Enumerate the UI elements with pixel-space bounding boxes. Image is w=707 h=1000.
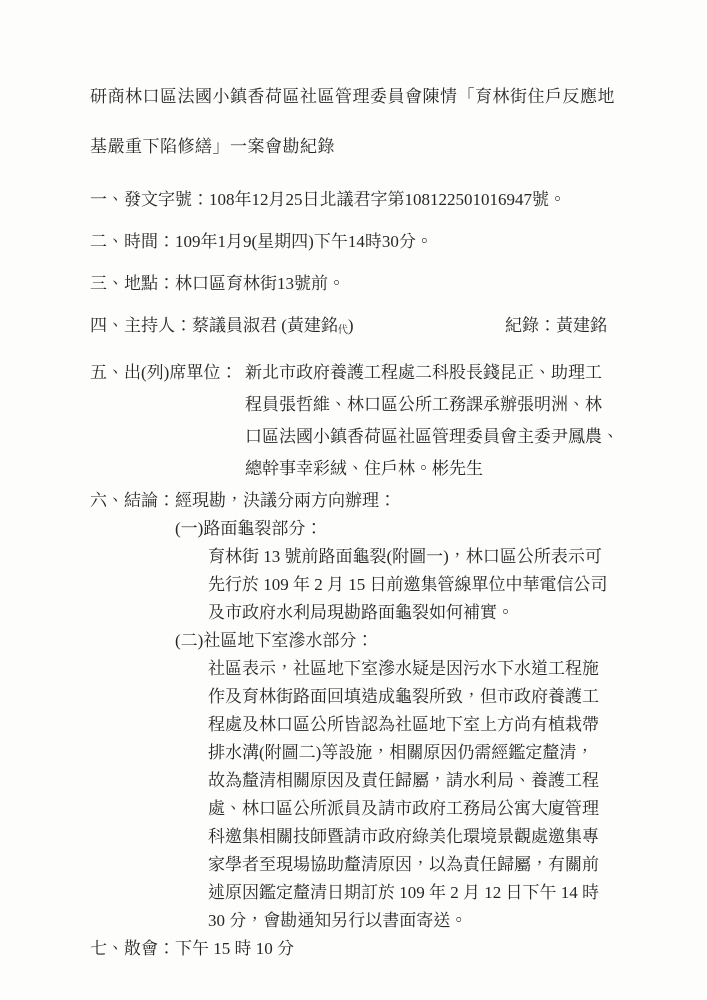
title-line-2: 基嚴重下陷修繕」一案會勘紀錄 xyxy=(90,122,635,172)
conclusion-part2-line: 30 分，會勘通知另行以書面寄送。 xyxy=(90,907,635,935)
attendees-line: 程員張哲維、林口區公所工務課承辦張明洲、林 xyxy=(245,389,619,421)
attendees-label: 五、出(列)席單位： xyxy=(90,357,245,485)
scanned-meeting-record-page: 研商林口區法國小鎮香荷區社區管理委員會陳情「育林街住戶反應地 基嚴重下陷修繕」一… xyxy=(0,0,707,1000)
item-moderator: 四、主持人：蔡議員淑君 (黃建銘代) 紀錄：黃建銘 xyxy=(90,311,635,346)
deputy-attendance-mark: 代 xyxy=(338,325,348,336)
attendees-line: 總幹事幸彩絨、住戶林。彬先生 xyxy=(245,453,619,485)
conclusion-part1-heading: (一)路面龜裂部分： xyxy=(90,515,635,543)
conclusion-part2-line: 家學者至現場協助釐清原因，以為責任歸屬，有關前 xyxy=(90,851,635,879)
conclusion-part2-line: 程處及林口區公所皆認為社區地下室上方尚有植栽帶 xyxy=(90,711,635,739)
document-title: 研商林口區法國小鎮香荷區社區管理委員會陳情「育林街住戶反應地 基嚴重下陷修繕」一… xyxy=(90,72,635,172)
attendees-line: 口區法國小鎮香荷區社區管理委員會主委尹鳳農、 xyxy=(245,421,619,453)
conclusion-part2-line: 故為釐清相關原因及責任歸屬，請水利局、養護工程 xyxy=(90,767,635,795)
conclusion-part2-line: 處、林口區公所派員及請市政府工務局公寓大廈管理 xyxy=(90,795,635,823)
item-attendees: 五、出(列)席單位： 新北市政府養護工程處二科股長錢昆正、助理工 程員張哲維、林… xyxy=(90,357,635,485)
conclusion-part1-line: 及市政府水利局現勘路面龜裂如何補實。 xyxy=(90,599,635,627)
item-meeting-time: 二、時間：109年1月9(星期四)下午14時30分。 xyxy=(90,227,635,257)
item-doc-number: 一、發文字號：108年12月25日北議君字第108122501016947號。 xyxy=(90,185,635,215)
item-conclusion: 六、結論：經現勘，決議分兩方向辦理： (一)路面龜裂部分： 育林街 13 號前路… xyxy=(90,487,635,935)
document-body: 研商林口區法國小鎮香荷區社區管理委員會陳情「育林街住戶反應地 基嚴重下陷修繕」一… xyxy=(90,72,635,963)
attendees-row: 五、出(列)席單位： 新北市政府養護工程處二科股長錢昆正、助理工 程員張哲維、林… xyxy=(90,357,635,485)
title-line-1: 研商林口區法國小鎮香荷區社區管理委員會陳情「育林街住戶反應地 xyxy=(90,72,635,122)
conclusion-part2-line: 排水溝(附圖二)等設施，相關原因仍需經鑑定釐清， xyxy=(90,739,635,767)
conclusion-part2-line: 作及育林街路面回填造成龜裂所致，但市政府養護工 xyxy=(90,683,635,711)
attendees-line: 新北市政府養護工程處二科股長錢昆正、助理工 xyxy=(245,357,619,389)
conclusion-heading: 六、結論：經現勘，決議分兩方向辦理： xyxy=(90,487,635,515)
conclusion-part2-line: 述原因鑑定釐清日期訂於 109 年 2 月 12 日下午 14 時 xyxy=(90,879,635,907)
item-meeting-location: 三、地點：林口區育林街13號前。 xyxy=(90,269,635,299)
moderator-close-paren: ) xyxy=(348,316,354,335)
conclusion-part1-line: 先行於 109 年 2 月 15 日前邀集管線單位中華電信公司 xyxy=(90,571,635,599)
item-adjourn: 七、散會：下午 15 時 10 分 xyxy=(90,935,635,963)
moderator-text: 四、主持人：蔡議員淑君 (黃建銘 xyxy=(90,316,338,335)
conclusion-part2-line: 科邀集相關技師暨請市政府綠美化環境景觀處邀集專 xyxy=(90,823,635,851)
conclusion-part1-line: 育林街 13 號前路面龜裂(附圖一)，林口區公所表示可 xyxy=(90,543,635,571)
conclusion-part2-heading: (二)社區地下室滲水部分： xyxy=(90,627,635,655)
conclusion-part2-line: 社區表示，社區地下室滲水疑是因污水下水道工程施 xyxy=(90,655,635,683)
recorder-name: 紀錄：黃建銘 xyxy=(505,311,607,341)
attendees-list: 新北市政府養護工程處二科股長錢昆正、助理工 程員張哲維、林口區公所工務課承辦張明… xyxy=(245,357,619,485)
